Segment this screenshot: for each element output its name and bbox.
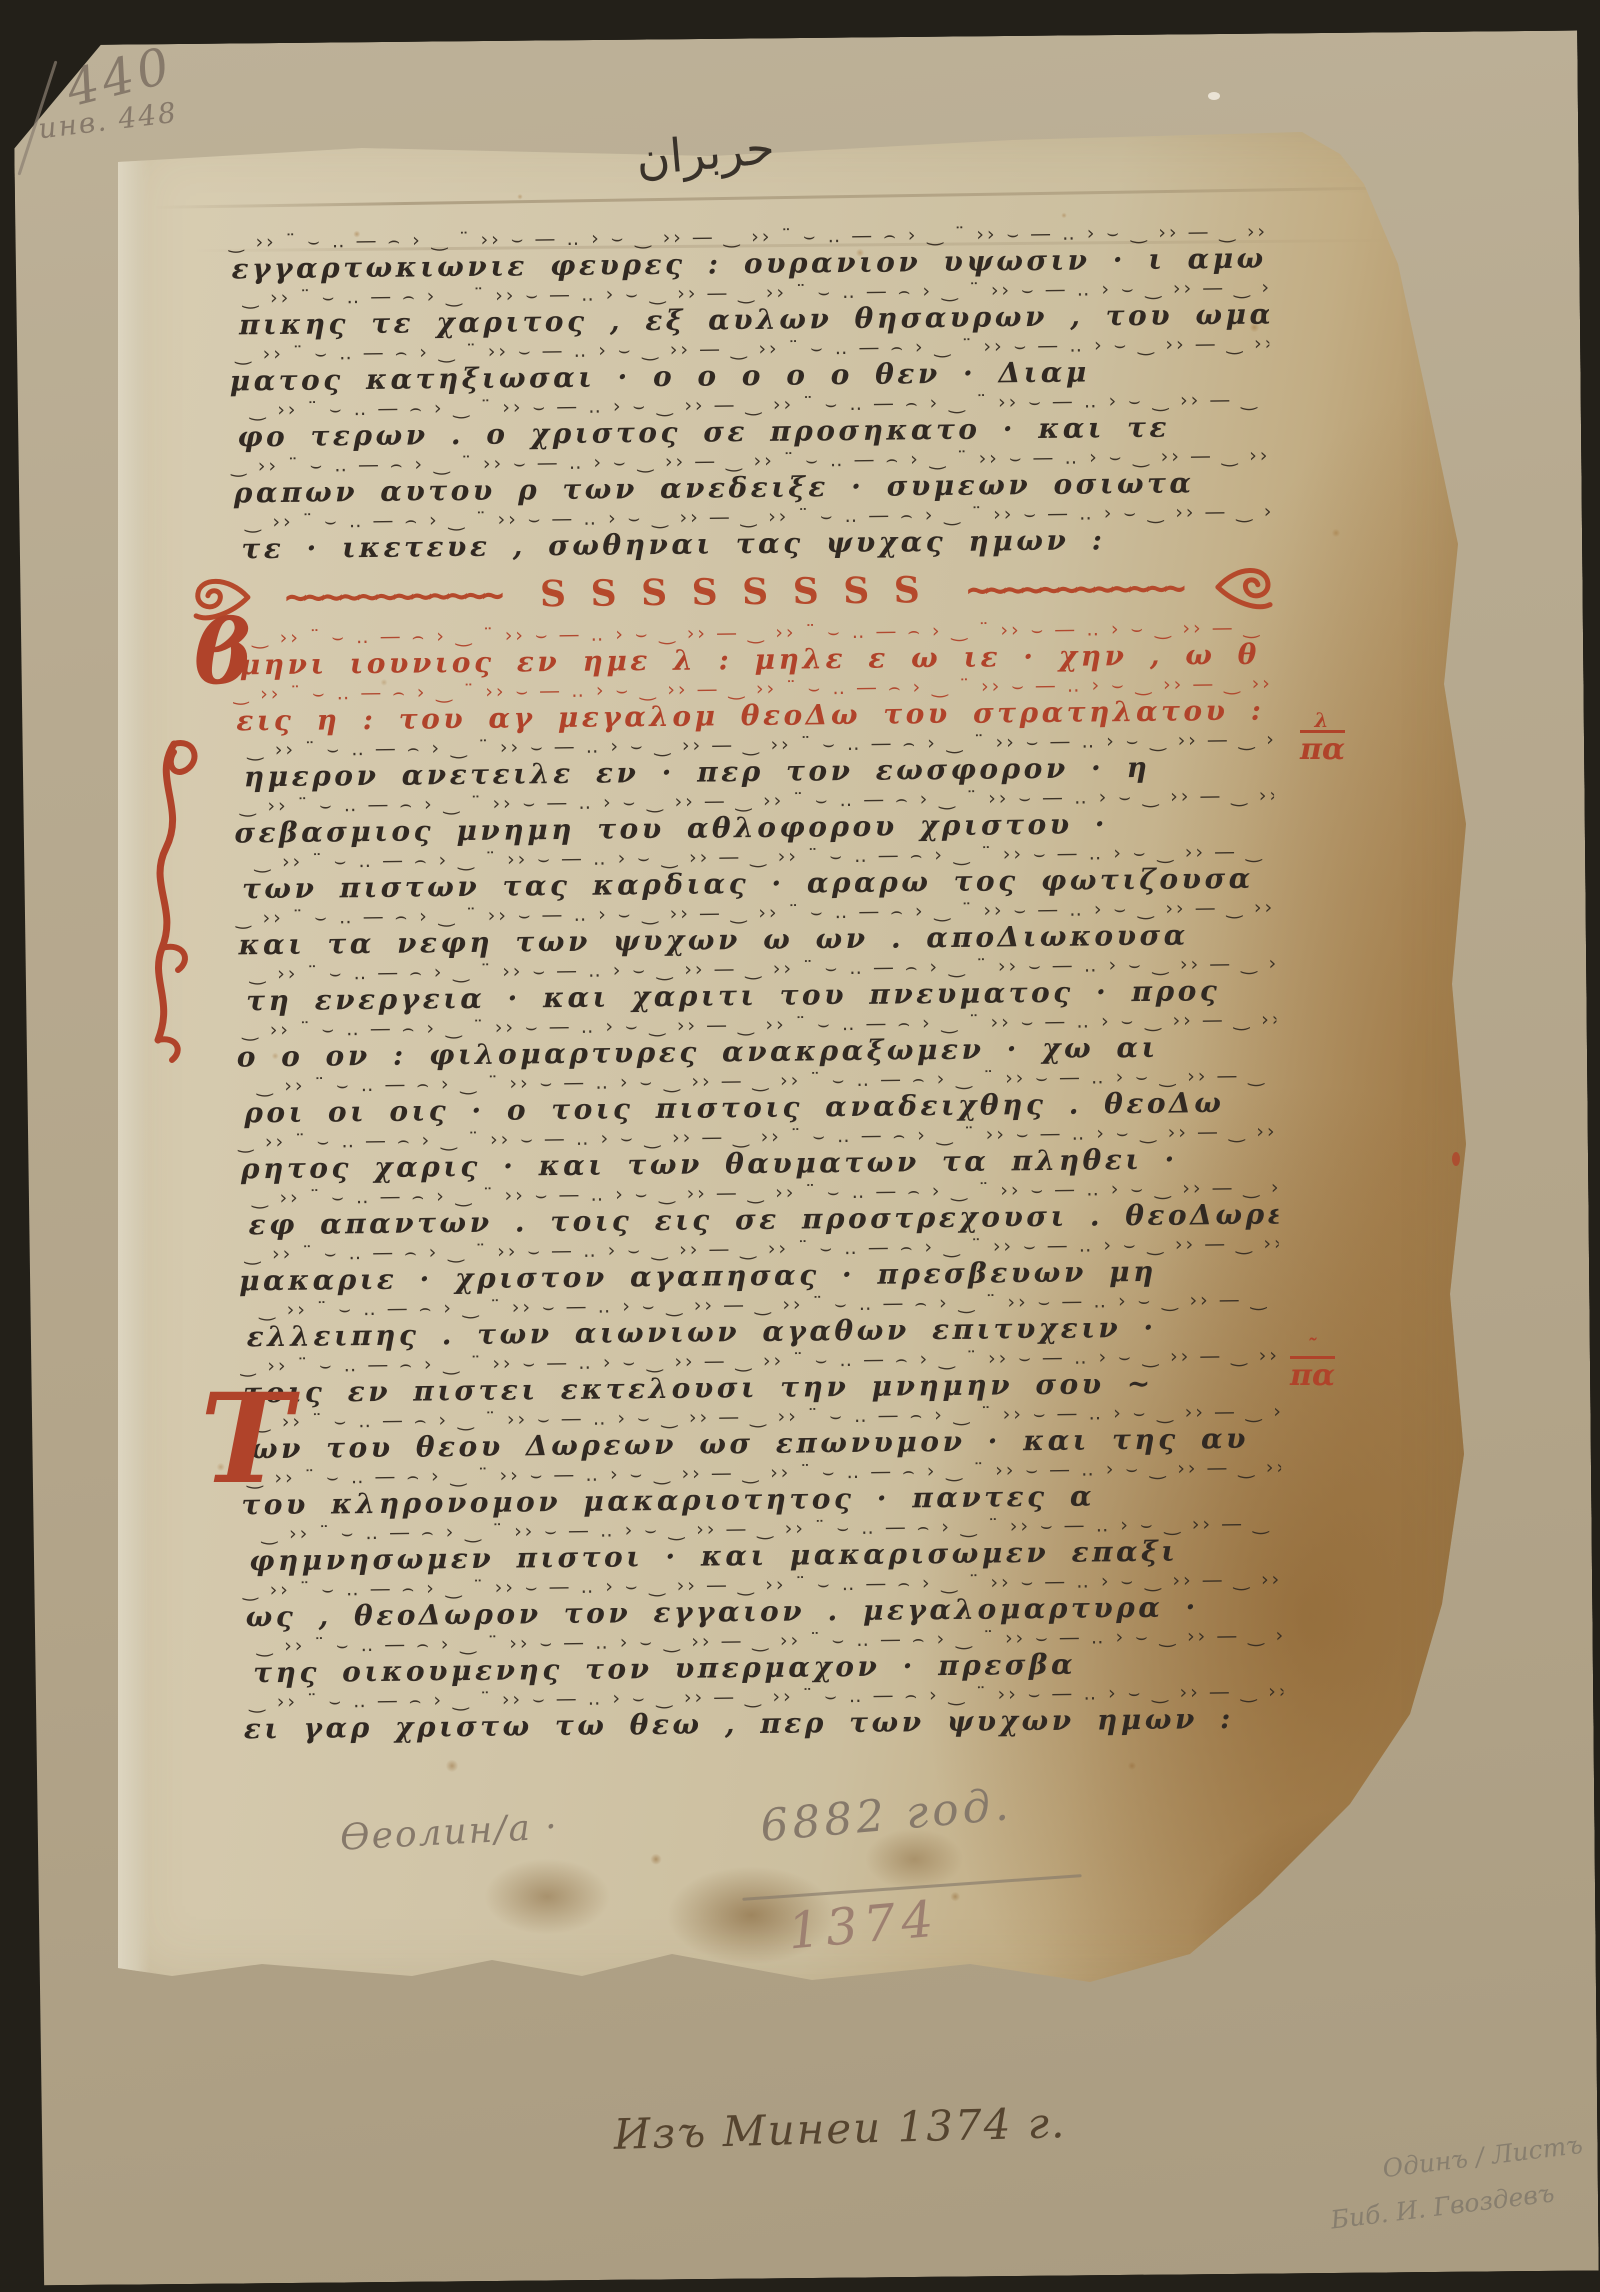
manuscript-photo: 440 инв. 448 حربران ‿ ›› ¨ ⌣ ‥ ― ⌢ › ‿ ¨… <box>0 0 1600 2292</box>
martyria-mode: πα <box>1290 1356 1335 1391</box>
divider-wave: ~~~~~~~~~~~~ <box>934 567 1215 610</box>
divider-wave: ~~~~~~~~~~~~ <box>252 574 533 617</box>
rubric-initial-beta: ϐ <box>194 608 253 696</box>
martyria-marginal-note: ῀ πα <box>1290 1336 1335 1391</box>
divider-flourish-icon <box>1214 559 1279 616</box>
manuscript-line: ‿ ›› ¨ ⌣ ‥ ― ⌢ › ‿ ¨ ›› ⌣ ― ‥ › ⌣ ‿ ›› ―… <box>243 1681 1284 1748</box>
rubric-initial-tau: Τ <box>200 1378 292 1502</box>
manuscript-line: ‿ ›› ¨ ⌣ ‥ ― ⌢ › ‿ ¨ ›› ⌣ ― ‥ › ⌣ ‿ ›› ―… <box>231 501 1272 568</box>
rubric-initial-vine <box>128 736 220 1066</box>
martyria-letter: λ <box>1300 710 1345 730</box>
crease-line <box>153 186 1418 209</box>
rubric-divider: ~~~~~~~~~~~~S S S S S S S S~~~~~~~~~~~~ <box>188 557 1279 628</box>
divider-s-ornaments: S S S S S S S S <box>532 569 934 615</box>
martyria-mode: πα <box>1300 730 1345 765</box>
martyria-letter: ῀ <box>1290 1336 1335 1356</box>
paper-speck <box>1208 92 1220 100</box>
text-block: ‿ ›› ¨ ⌣ ‥ ― ⌢ › ‿ ¨ ›› ⌣ ― ‥ › ⌣ ‿ ›› ―… <box>228 221 1284 1748</box>
martyria-marginal-note: λ πα <box>1300 710 1345 765</box>
red-ink-speck <box>1452 1152 1460 1166</box>
